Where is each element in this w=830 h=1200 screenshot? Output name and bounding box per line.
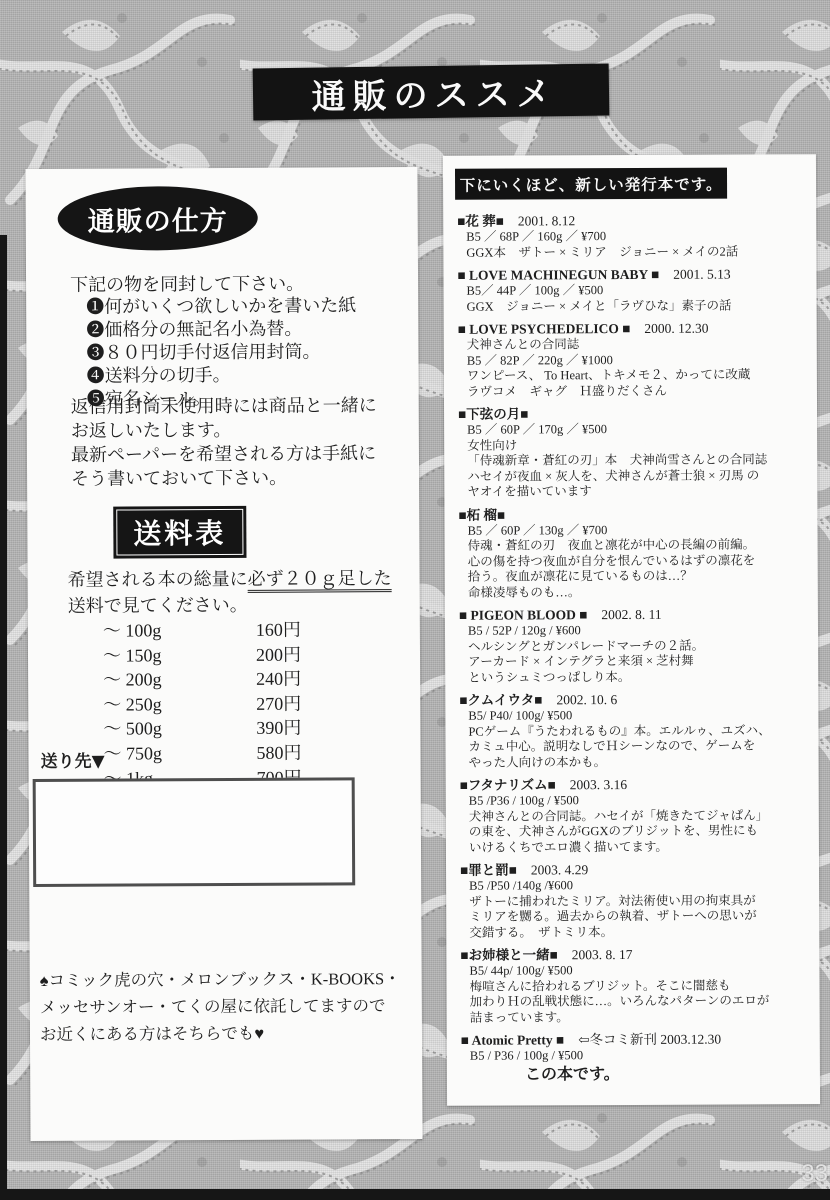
scan-edge-left — [0, 235, 7, 1200]
book-entry: ■ PIGEON BLOOD ■2002. 8. 11B5 / 52P / 12… — [459, 606, 807, 686]
book-detail-line: というシュミつっぱしり本。 — [459, 669, 807, 686]
return-note-line: 返信用封筒未使用時には商品と一緒に — [71, 393, 377, 419]
shipping-price: 200円 — [215, 642, 301, 667]
book-entry: ■フタナリズム■2003. 3.16B5 /P36 / 100g / ¥500犬… — [460, 776, 808, 856]
book-detail-line: B5 ／ 68P ／ 160g ／ ¥700 — [457, 228, 805, 245]
book-date: 2001. 8.12 — [518, 213, 575, 228]
book-title: ■ PIGEON BLOOD ■ — [459, 607, 588, 623]
return-note-line: 最新ペーパーを希望される方は手紙に — [71, 441, 377, 467]
book-detail-line: ヤオイを描いています — [458, 483, 806, 500]
shipping-fee-note: 希望される本の総量に必ず２０ｇ足した 送料で見てください。 — [68, 565, 392, 619]
book-title: ■ LOVE PSYCHEDELICO ■ — [458, 321, 631, 337]
address-box-blank — [33, 777, 356, 887]
shipping-weight: ～ 200g — [103, 667, 215, 692]
book-title-line: ■ LOVE PSYCHEDELICO ■2000. 12.30 — [458, 320, 806, 338]
shipping-table-row: ～ 200g240円 — [103, 667, 301, 693]
shipping-price: 580円 — [215, 741, 301, 766]
how-to-order-badge-label: 通販の仕方 — [88, 198, 228, 238]
shipping-table-row: ～ 500g390円 — [103, 716, 301, 742]
enclose-item: ❶何がいくつ欲しいかを書いた紙 — [86, 294, 356, 318]
shipping-weight: ～ 250g — [103, 692, 215, 717]
book-detail-line: 侍魂・蒼紅の刃 夜血と凛花が中心の長編の前編。 — [459, 537, 807, 554]
book-title-line: ■柘 榴■ — [458, 506, 806, 524]
book-entry: ■下弦の月■B5 ／ 60P ／ 170g ／ ¥500女性向け「侍魂新章・蒼紅… — [458, 405, 806, 500]
book-entry: ■クムイウタ■2002. 10. 6B5/ P40/ 100g/ ¥500PCゲ… — [459, 691, 807, 771]
book-detail-line: 加わりＨの乱戦状態に…。いろんなパターンのエロが — [461, 993, 809, 1010]
book-title-line: ■ Atomic Pretty ■⇦冬コミ新刊 2003.12.30 — [461, 1031, 809, 1049]
consignment-shops-note: ♠コミック虎の穴・メロンブックス・K-BOOKS・メッセサンオー・てくの屋に依託… — [40, 965, 401, 1048]
page-title: 通販のススメ — [304, 66, 558, 119]
book-detail-line: B5/ 44p/ 100g/ ¥500 — [460, 962, 808, 979]
book-detail-line: 拾う。夜血が凛花に見ているものは…？ — [459, 568, 807, 585]
book-title-line: ■下弦の月■ — [458, 405, 806, 423]
enclose-intro: 下記の物を同封して下さい。 — [70, 270, 304, 297]
order-instructions-panel: 通販の仕方 下記の物を同封して下さい。 ❶何がいくつ欲しいかを書いた紙❷価格分の… — [25, 167, 422, 1141]
shipping-price: 240円 — [215, 667, 301, 692]
book-title-line: ■クムイウタ■2002. 10. 6 — [459, 691, 807, 709]
consignment-note-line: ♠コミック虎の穴・メロンブックス・K-BOOKS・ — [40, 965, 401, 994]
book-detail-line: 犬神さんとの合同誌。ハセイが「焼きたてジャぱん」 — [460, 808, 808, 825]
book-detail-line: カミュ中心。説明なしでＨシーンなので、ゲームを — [459, 738, 807, 755]
enclose-item: ❷価格分の無記名小為替。 — [86, 317, 356, 341]
book-emphasis-line: この本です。 — [461, 1063, 809, 1087]
book-date: 2002. 8. 11 — [601, 607, 661, 622]
book-detail-line: B5 ／ 82P ／ 220g ／ ¥1000 — [458, 352, 806, 369]
book-catalog-panel: 下にいくほど、新しい発行本です。 ■花 葬■2001. 8.12B5 ／ 68P… — [443, 154, 820, 1106]
book-title-line: ■ PIGEON BLOOD ■2002. 8. 11 — [459, 606, 807, 624]
book-detail-line: やった人向けの本かも。 — [460, 754, 808, 771]
book-date: ⇦冬コミ新刊 2003.12.30 — [578, 1032, 721, 1048]
shipping-price: 390円 — [215, 716, 301, 741]
shipping-table-row: ～ 750g580円 — [103, 741, 301, 767]
book-title: ■柘 榴■ — [458, 507, 505, 522]
book-detail-line: B5 / P36 / 100g / ¥500 — [461, 1047, 809, 1064]
shipping-table-row: ～ 150g200円 — [103, 642, 301, 668]
book-entry: ■柘 榴■B5 ／ 60P ／ 130g ／ ¥700侍魂・蒼紅の刃 夜血と凛花… — [458, 506, 806, 601]
book-detail-line: B5 ／ 60P ／ 130g ／ ¥700 — [459, 522, 807, 539]
book-detail-line: B5／ 44P ／ 100g ／ ¥500 — [457, 282, 805, 299]
book-detail-line: B5 / 52P / 120g / ¥600 — [459, 622, 807, 639]
book-entry: ■ LOVE MACHINEGUN BABY ■2001. 5.13B5／ 44… — [457, 266, 805, 315]
book-detail-line: ワンピース、 To Heart、トキメモ２、かってに改蔵 — [458, 367, 806, 384]
return-note-line: そう書いておいて下さい。 — [71, 465, 377, 491]
book-entry: ■お姉様と一緒■2003. 8. 17B5/ 44p/ 100g/ ¥500梅喧… — [460, 946, 808, 1026]
enclose-item: ❹送料分の切手。 — [86, 363, 356, 387]
book-detail-line: B5 ／ 60P ／ 170g ／ ¥500 — [458, 421, 806, 438]
shipping-price: 160円 — [215, 618, 301, 643]
book-detail-line: 交錯する。 ザトミリ本。 — [460, 924, 808, 941]
book-title-line: ■花 葬■2001. 8.12 — [457, 212, 805, 230]
book-title: ■罪と罰■ — [460, 863, 517, 878]
shipping-fee-note-line2: 送料で見てください。 — [68, 591, 392, 619]
shipping-fee-table: ～ 100g160円～ 150g200円～ 200g240円～ 250g270円… — [103, 618, 302, 791]
book-date: 2003. 3.16 — [570, 777, 627, 792]
book-detail-line: ヘルシングとガンパレードマーチの２話。 — [459, 638, 807, 655]
book-title-line: ■フタナリズム■2003. 3.16 — [460, 776, 808, 794]
shipping-table-row: ～ 250g270円 — [103, 691, 301, 717]
book-detail-line: いけるくちでエロ濃く描いてます。 — [460, 839, 808, 856]
return-note-line: お返しいたします。 — [71, 417, 377, 443]
shipping-weight: ～ 150g — [103, 643, 215, 668]
book-title: ■ LOVE MACHINEGUN BABY ■ — [457, 267, 659, 283]
book-entry: ■ LOVE PSYCHEDELICO ■2000. 12.30犬神さんとの合同… — [458, 320, 806, 400]
how-to-order-badge: 通販の仕方 — [58, 186, 258, 251]
book-title: ■お姉様と一緒■ — [460, 947, 557, 962]
book-detail-line: 「侍魂新章・蒼紅の刃」本 犬神尚雪さんとの合同誌 — [458, 452, 806, 469]
book-detail-line: 心の傷を持つ夜血が自分を恨んでいるはずの凛花を — [459, 553, 807, 570]
return-envelope-note: 返信用封筒未使用時には商品と一緒にお返しいたします。最新ペーパーを希望される方は… — [71, 393, 377, 491]
shipping-fee-note-underlined: 必ず２０ｇ足した — [248, 568, 392, 593]
shipping-weight: ～ 100g — [103, 618, 215, 643]
scan-edge-bottom — [0, 1189, 830, 1200]
consignment-note-line: メッセサンオー・てくの屋に依託してますので — [40, 992, 401, 1021]
book-date: 2003. 4.29 — [531, 862, 588, 877]
book-detail-line: 梅喧さんに拾われるブリジット。そこに闇慈も — [461, 978, 809, 995]
book-detail-line: GGX本 ザトー × ミリア ジョニー × メイの2話 — [457, 244, 805, 261]
shipping-price: 270円 — [215, 691, 301, 716]
book-detail-line: ミリアを嬲る。過去からの執着、ザトーへの思いが — [460, 908, 808, 925]
ship-to-label: 送り先▼ — [40, 747, 104, 772]
catalog-header-label: 下にいくほど、新しい発行本です。 — [460, 172, 723, 195]
book-entry: ■花 葬■2001. 8.12B5 ／ 68P ／ 160g ／ ¥700GGX… — [457, 212, 805, 261]
book-title: ■フタナリズム■ — [460, 777, 556, 792]
shipping-table-row: ～ 100g160円 — [103, 618, 301, 644]
shipping-weight: ～ 750g — [103, 741, 215, 766]
page-number: 33 — [801, 1160, 828, 1188]
book-detail-line: ラヴコメ ギャグ Ｈ盛りだくさん — [458, 383, 806, 400]
book-title-line: ■お姉様と一緒■2003. 8. 17 — [460, 946, 808, 964]
book-detail-line: ハセイが夜血 × 灰人を、犬神さんが蒼士狼 × 刃馬 の — [458, 468, 806, 485]
book-date: 2003. 8. 17 — [572, 947, 633, 962]
page-title-banner: 通販のススメ — [253, 64, 610, 121]
enclose-item: ❸８０円切手付返信用封筒。 — [86, 340, 356, 364]
book-detail-line: PCゲーム『うたわれるもの』本。エルルゥ、ユズハ、 — [459, 723, 807, 740]
shipping-fee-note-line1: 希望される本の総量に必ず２０ｇ足した — [68, 565, 392, 593]
book-detail-line: 犬神さんとの合同誌 — [458, 336, 806, 353]
book-detail-line: B5/ P40/ 100g/ ¥500 — [459, 707, 807, 724]
book-date: 2001. 5.13 — [673, 267, 730, 282]
shipping-fee-table-title: 送料表 — [116, 509, 243, 556]
book-list: ■花 葬■2001. 8.12B5 ／ 68P ／ 160g ／ ¥700GGX… — [457, 212, 809, 1093]
book-detail-line: B5 /P50 /140g /¥600 — [460, 877, 808, 894]
book-title-line: ■罪と罰■2003. 4.29 — [460, 861, 808, 879]
book-detail-line: GGX ジョニー × メイと「ラヴひな」素子の話 — [458, 298, 806, 315]
book-detail-line: アーカード × インテグラと来須 × 芝村舞 — [459, 653, 807, 670]
catalog-header-bar: 下にいくほど、新しい発行本です。 — [455, 168, 727, 200]
book-detail-line: 命様凌辱ものも…。 — [459, 584, 807, 601]
book-detail-line: B5 /P36 / 100g / ¥500 — [460, 792, 808, 809]
shipping-fee-table-title-box: 送料表 — [113, 506, 246, 559]
book-title-line: ■ LOVE MACHINEGUN BABY ■2001. 5.13 — [457, 266, 805, 284]
book-date: 2002. 10. 6 — [556, 692, 617, 707]
book-title: ■花 葬■ — [457, 214, 504, 229]
book-date: 2000. 12.30 — [644, 321, 708, 336]
book-detail-line: ザトーに捕われたミリア。対法術使い用の拘束具が — [460, 893, 808, 910]
book-entry: ■罪と罰■2003. 4.29B5 /P50 /140g /¥600ザトーに捕わ… — [460, 861, 808, 941]
book-detail-line: 女性向け — [458, 437, 806, 454]
book-title: ■クムイウタ■ — [459, 692, 542, 707]
book-title: ■下弦の月■ — [458, 406, 528, 421]
book-detail-line: 詰まっています。 — [461, 1009, 809, 1026]
book-detail-line: の東を、犬神さんがGGXのブリジットを、男性にも — [460, 823, 808, 840]
consignment-note-line: お近くにある方はそちらでも♥ — [40, 1019, 401, 1048]
book-title: ■ Atomic Pretty ■ — [461, 1032, 564, 1047]
book-entry: ■ Atomic Pretty ■⇦冬コミ新刊 2003.12.30B5 / P… — [461, 1031, 809, 1086]
shipping-weight: ～ 500g — [103, 716, 215, 741]
